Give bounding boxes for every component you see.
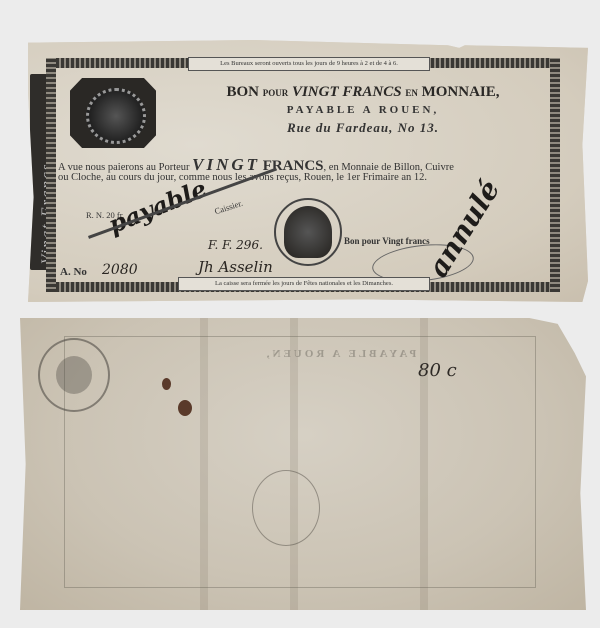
ornamental-border-left	[46, 58, 56, 292]
serial-number: 2080	[102, 262, 138, 278]
handwritten-reference: F. F. 296.	[208, 238, 263, 252]
title-bon: BON	[226, 84, 259, 100]
seal-emblem	[284, 206, 332, 258]
payable-line: PAYABLE A ROUEN,	[178, 104, 548, 116]
stain	[178, 400, 192, 416]
handwritten-note: 80 c	[418, 360, 457, 381]
allegorical-vignette-icon	[70, 78, 156, 148]
address-line: Rue du Fardeau, No 13.	[178, 120, 548, 136]
bottom-banner: La caisse sera fermée les jours de Fêtes…	[178, 277, 430, 291]
title-monnaie: MONNAIE,	[422, 84, 500, 100]
dry-seal-icon	[274, 198, 342, 266]
payable-stamp: payable	[104, 174, 210, 239]
circular-ink-stamp-icon	[38, 338, 110, 412]
vignette-figure	[86, 88, 146, 144]
banknote-front: Vingt Francs Les Bureaux seront ouverts …	[28, 40, 588, 302]
cashier-signature: Jh Asselin	[198, 258, 273, 276]
title-pour: POUR	[263, 88, 289, 98]
title-amount: VINGT FRANCS	[292, 84, 402, 100]
banknote-back: PAYABLE A ROUEN, 80 c	[20, 318, 586, 610]
title-en: EN	[405, 88, 418, 98]
stamp-emblem	[56, 356, 92, 394]
show-through-text: PAYABLE A ROUEN,	[170, 348, 510, 360]
show-through-frame	[64, 336, 536, 588]
top-banner: Les Bureaux seront ouverts tous les jour…	[188, 57, 430, 71]
caissier-label: Caissier.	[213, 198, 244, 216]
show-through-seal-icon	[252, 470, 320, 546]
note-title: BON POUR VINGT FRANCS EN MONNAIE,	[178, 84, 548, 101]
stain	[162, 378, 171, 390]
serial-prefix: A. No	[60, 266, 87, 278]
